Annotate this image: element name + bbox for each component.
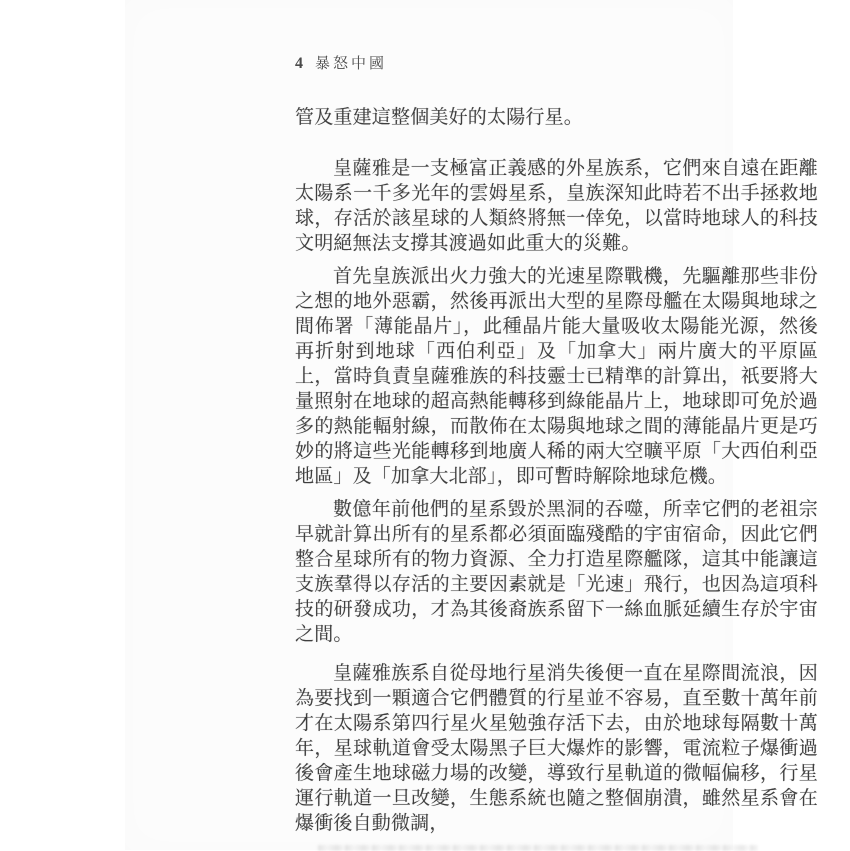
- paragraph-continuation: 管及重建這整個美好的太陽行星。: [295, 105, 818, 130]
- running-header: 4 暴怒中國: [295, 52, 387, 73]
- page-number: 4: [295, 55, 304, 73]
- cutoff-text-line: [318, 845, 758, 850]
- paragraph: 數億年前他們的星系毀於黑洞的吞噬，所幸它們的老祖宗早就計算出所有的星系都必須面臨…: [295, 497, 818, 647]
- book-title: 暴怒中國: [315, 52, 387, 73]
- body-text: 管及重建這整個美好的太陽行星。 皇薩雅是一支極富正義感的外星族系，它們來自遠在距…: [295, 105, 818, 844]
- paragraph: 首先皇族派出火力強大的光速星際戰機，先驅離那些非份之想的地外惡霸，然後再派出大型…: [295, 264, 818, 489]
- paragraph: 皇薩雅族系自從母地行星消失後便一直在星際間流浪，因為要找到一顆適合它們體質的行星…: [295, 661, 818, 836]
- paragraph: 皇薩雅是一支極富正義感的外星族系，它們來自遠在距離太陽系一千多光年的雲姆星系，皇…: [295, 156, 818, 256]
- scanned-book-page: 4 暴怒中國 管及重建這整個美好的太陽行星。 皇薩雅是一支極富正義感的外星族系，…: [125, 0, 733, 850]
